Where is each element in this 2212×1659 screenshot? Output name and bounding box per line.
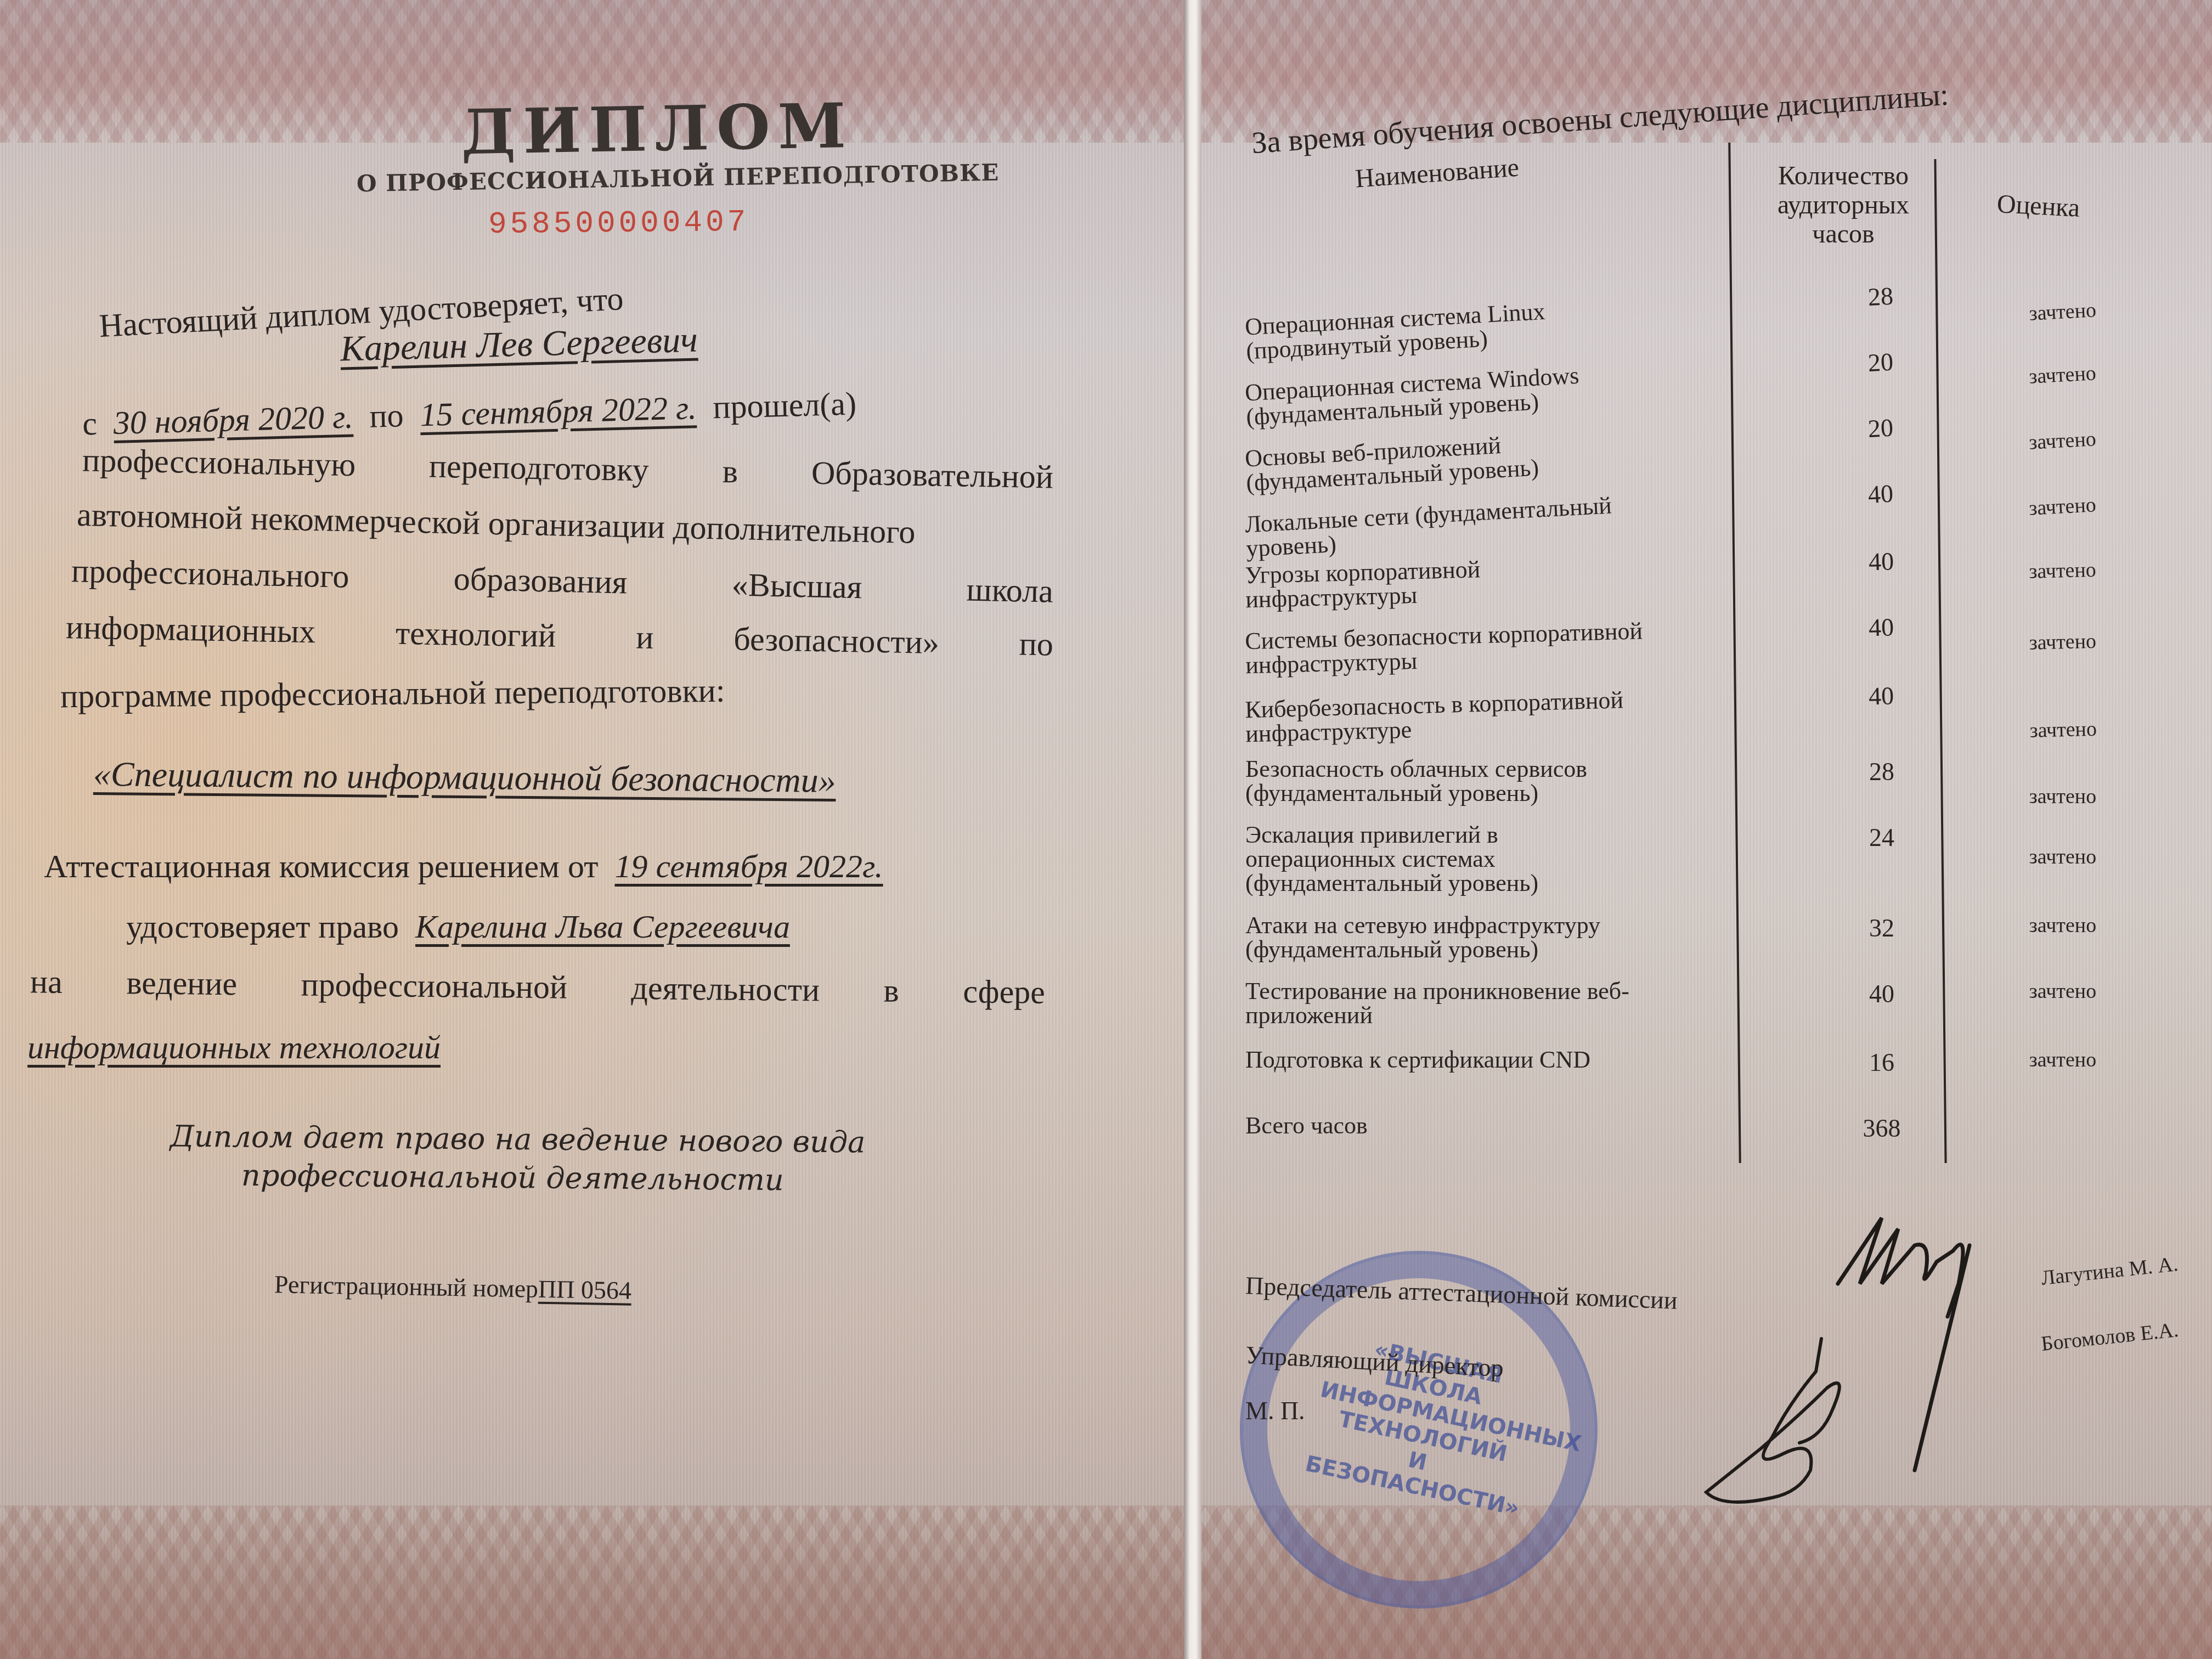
- discipline-grade: зачтено: [2007, 426, 2118, 455]
- discipline-name: Угрозы корпоративнойинфраструктуры: [1245, 551, 1740, 612]
- total-hours: 368: [1843, 1114, 1920, 1143]
- word: в: [722, 453, 738, 490]
- holder-name-genitive: Карелина Льва Сергеевича: [415, 909, 790, 945]
- discipline-grade: зачтено: [2008, 979, 2118, 1003]
- word: профессионального: [71, 552, 349, 596]
- word: профессиональной: [301, 966, 567, 1006]
- commission-date: 19 сентября 2022г.: [615, 848, 883, 884]
- word: и: [636, 618, 654, 657]
- right-text: удостоверяет право: [126, 909, 399, 945]
- word: сфере: [963, 973, 1045, 1012]
- discipline-name-line: Тестирование на проникновение веб-: [1245, 979, 1739, 1003]
- discipline-row: Тестирование на проникновение веб-прилож…: [1245, 979, 2178, 1045]
- diploma-title: ДИПЛОМ: [460, 90, 854, 168]
- discipline-grade: зачтено: [2008, 913, 2118, 938]
- seal-label: М. П.: [1245, 1396, 1305, 1425]
- holder-name: Карелин Лев Сергеевич: [340, 319, 698, 370]
- discipline-name: Тестирование на проникновение веб-прилож…: [1245, 979, 1739, 1028]
- decorative-border-bottom: [0, 1505, 1190, 1659]
- discipline-hours: 32: [1843, 913, 1920, 943]
- discipline-grade: зачтено: [2007, 360, 2118, 390]
- note-line-1: Диплом дает право на ведение нового вида: [170, 1119, 866, 1159]
- discipline-name-line: Безопасность облачных сервисов: [1245, 757, 1739, 781]
- discipline-name-line: Атаки на сетевую инфраструктуру: [1245, 913, 1739, 938]
- discipline-row: Подготовка к сертификации CND16зачтено: [1245, 1048, 2178, 1114]
- word: в: [883, 972, 899, 1010]
- word: по: [1019, 625, 1053, 664]
- period-end-date: 15 сентября 2022 г.: [420, 390, 697, 433]
- word: технологий: [396, 614, 556, 655]
- word: ведение: [126, 964, 238, 1003]
- column-header-hours: Количество аудиторных часов: [1750, 162, 1937, 249]
- discipline-name: Кибербезопасность в корпоративнойинфраст…: [1245, 685, 1740, 747]
- discipline-grade: зачтено: [2008, 1048, 2118, 1072]
- discipline-name-line: (фундаментальный уровень): [1245, 781, 1739, 805]
- discipline-hours: 40: [1842, 477, 1920, 510]
- diploma-subtitle: О ПРОФЕССИОНАЛЬНОЙ ПЕРЕПОДГОТОВКЕ: [357, 159, 1000, 197]
- program-name: «Специалист по информационной безопаснос…: [93, 754, 836, 801]
- word: деятельности: [631, 969, 820, 1009]
- program-intro: программе профессиональной переподготовк…: [60, 672, 725, 716]
- discipline-name-line: приложений: [1245, 1003, 1739, 1028]
- discipline-name: Атаки на сетевую инфраструктуру(фундамен…: [1245, 913, 1739, 962]
- word: школа: [966, 571, 1054, 610]
- signature-director: [1690, 1328, 1887, 1514]
- discipline-name-line: операционных системах: [1245, 847, 1739, 871]
- note-line-2: профессиональной деятельности: [241, 1158, 784, 1198]
- period-start-date: 30 ноября 2020 г.: [113, 399, 353, 441]
- hours-header-line: часов: [1750, 220, 1937, 249]
- discipline-row: Безопасность облачных сервисов(фундамент…: [1245, 757, 2178, 823]
- discipline-name: Эскалация привилегий воперационных систе…: [1245, 823, 1739, 895]
- discipline-name-line: Эскалация привилегий в: [1245, 823, 1739, 847]
- period-suffix: прошел(а): [713, 386, 857, 426]
- right-line: удостоверяет право Карелина Льва Сергеев…: [126, 908, 790, 946]
- discipline-hours: 28: [1843, 757, 1920, 786]
- hours-header-line: Количество: [1750, 162, 1937, 191]
- column-header-grade: Оценка: [1996, 190, 2081, 223]
- period-prefix: с: [82, 405, 97, 442]
- study-period: с 30 ноября 2020 г. по 15 сентября 2022 …: [82, 385, 856, 443]
- discipline-hours: 40: [1843, 979, 1920, 1008]
- activity-field: информационных технологий: [27, 1029, 441, 1066]
- discipline-grade: зачтено: [2008, 845, 2118, 869]
- commission-line: Аттестационная комиссия решением от 19 с…: [44, 848, 883, 885]
- discipline-name: Системы безопасности корпоративнойинфрас…: [1245, 617, 1740, 678]
- discipline-row: Эскалация привилегий воперационных систе…: [1245, 823, 2178, 889]
- discipline-grade: зачтено: [2008, 785, 2118, 809]
- discipline-grade: зачтено: [2008, 716, 2118, 743]
- institution-line-2: автономной некоммерческой организации до…: [76, 496, 916, 551]
- discipline-hours: 20: [1842, 411, 1920, 444]
- institution-line-4: информационных технологий и безопасности…: [66, 608, 1054, 663]
- activity-line: на ведение профессиональной деятельности…: [30, 963, 1046, 1011]
- book-spine: [1184, 0, 1204, 1659]
- hours-header-line: аудиторных: [1750, 191, 1937, 220]
- reg-label: Регистрационный номер: [274, 1270, 539, 1302]
- word: переподготовку: [428, 448, 649, 489]
- registration: Регистрационный номерПП 0564: [274, 1269, 632, 1305]
- word: профессиональную: [82, 442, 356, 484]
- institution-line-1: профессиональную переподготовку в Образо…: [82, 442, 1054, 496]
- discipline-hours: 40: [1842, 612, 1920, 643]
- total-row: Всего часов 368: [1245, 1114, 2178, 1180]
- discipline-grade: зачтено: [2007, 492, 2118, 521]
- discipline-name: Подготовка к сертификации CND: [1245, 1048, 1739, 1072]
- word: Образовательной: [811, 454, 1053, 496]
- word: образования: [453, 560, 628, 602]
- discipline-grade: зачтено: [2007, 629, 2118, 656]
- discipline-hours: 40: [1842, 680, 1920, 712]
- period-middle: по: [369, 397, 404, 435]
- discipline-grade: зачтено: [2007, 557, 2118, 584]
- discipline-hours: 40: [1842, 546, 1920, 577]
- discipline-hours: 24: [1843, 823, 1920, 852]
- discipline-name-line: Подготовка к сертификации CND: [1245, 1048, 1739, 1072]
- word: безопасности»: [733, 620, 940, 662]
- word: информационных: [66, 608, 316, 651]
- discipline-hours: 16: [1843, 1048, 1920, 1077]
- commission-text: Аттестационная комиссия решением от: [44, 848, 599, 884]
- reg-number: ПП 0564: [538, 1275, 632, 1305]
- serial-number: 958500000407: [488, 205, 749, 242]
- discipline-name-line: (фундаментальный уровень): [1245, 938, 1739, 962]
- total-label: Всего часов: [1245, 1114, 1739, 1138]
- word: «Высшая: [731, 566, 862, 606]
- discipline-hours: 20: [1842, 346, 1920, 379]
- word: на: [30, 963, 63, 1001]
- institution-line-3: профессионального образования «Высшая шк…: [71, 552, 1053, 610]
- discipline-row: Атаки на сетевую инфраструктуру(фундамен…: [1245, 913, 2178, 979]
- discipline-name-line: (фундаментальный уровень): [1245, 871, 1739, 895]
- diploma-left-page: ДИПЛОМ О ПРОФЕССИОНАЛЬНОЙ ПЕРЕПОДГОТОВКЕ…: [0, 0, 1190, 1659]
- discipline-hours: 28: [1842, 280, 1920, 313]
- discipline-name: Безопасность облачных сервисов(фундамент…: [1245, 757, 1739, 805]
- discipline-grade: зачтено: [2007, 297, 2118, 326]
